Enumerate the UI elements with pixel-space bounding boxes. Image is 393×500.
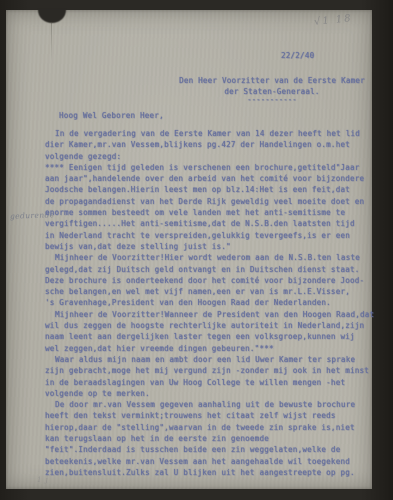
- body-line: Deze brochure is onderteekend door het c…: [45, 275, 367, 286]
- body-line: **** Eenigen tijd geleden is verschenen …: [45, 162, 367, 173]
- body-line: Mijnheer de Voorzitter!Hier wordt wedero…: [45, 252, 367, 263]
- body-line: Waar aldus mijn naam en ambt door een li…: [45, 354, 367, 365]
- body-line: kan terugslaan op het in de eerste zin g…: [45, 433, 367, 444]
- letter-body: In de vergadering van de Eerste Kamer va…: [45, 128, 367, 478]
- body-line: 's Gravenhage,President van den Hoogen R…: [45, 297, 367, 308]
- body-line: volgende op te merken.: [45, 388, 367, 399]
- body-line: de propagandadienst van het Derde Rijk g…: [45, 196, 367, 207]
- body-line: aan jaar",handelende over den arbeid van…: [45, 173, 367, 184]
- body-line: volgende gezegd:: [45, 151, 367, 162]
- pencil-mark-bottom-left: 1 j: [37, 476, 49, 484]
- scan-background: √1 18 22/2/40 Den Heer Voorzitter van de…: [0, 0, 393, 500]
- body-line: sche belangen,en wel met vijf namen,een …: [45, 286, 367, 297]
- body-line: vergiftigen.....Het anti-semitisme,dat d…: [45, 218, 367, 229]
- body-line: zien,buitensluit.Zulks zal U blijken uit…: [45, 467, 367, 478]
- punch-hole-notch: [38, 9, 66, 23]
- body-line: in de beraadslagingen van Uw Hoog Colleg…: [45, 377, 367, 388]
- salutation: Hoog Wel Geboren Heer,: [59, 111, 164, 120]
- recipient-underline: -----------: [176, 97, 368, 102]
- body-line: wel zeggen,dat hier vreemde dingen gebeu…: [45, 343, 367, 354]
- body-line: "feit".Inderdaad is tusschen beide een z…: [45, 444, 367, 455]
- body-line: beteekenis,welke mr.van Vessem aan het a…: [45, 456, 367, 467]
- letter-date: 22/2/40: [281, 51, 314, 60]
- body-line: enorme sommen besteedt om vele landen me…: [45, 207, 367, 218]
- body-line: heeft den tekst verminkt;trouwens het ci…: [45, 410, 367, 421]
- paper-crease: [51, 23, 52, 61]
- pencil-mark-top-right: √1 18: [314, 13, 354, 28]
- body-line: zijn gebracht,moge het mij vergund zijn …: [45, 365, 367, 376]
- body-line: hierop,daar de "stelling",waarvan in de …: [45, 422, 367, 433]
- recipient-block: Den Heer Voorzitter van de Eerste Kamer …: [176, 75, 368, 102]
- body-line: gelegd,dat zij Duitsch geld ontvangt en …: [45, 264, 367, 275]
- body-line: Joodsche belangen.Hierin leest men op bl…: [45, 184, 367, 195]
- body-line: De door mr.van Vessem gegeven aanhaling …: [45, 399, 367, 410]
- body-line: Mijnheer de Voorzitter!Wanneer de Presid…: [45, 309, 367, 320]
- body-line: in Nederland tracht te verspreiden,geluk…: [45, 230, 367, 241]
- recipient-line-1: Den Heer Voorzitter van de Eerste Kamer: [176, 75, 368, 86]
- letter-page: √1 18 22/2/40 Den Heer Voorzitter van de…: [6, 10, 372, 489]
- body-line: naam leent aan dergelijken laster tegen …: [45, 331, 367, 342]
- body-line: bewijs van,dat deze stelling juist is.": [45, 241, 367, 252]
- body-line: wil dus zeggen de hoogste rechterlijke a…: [45, 320, 367, 331]
- body-line: dier Kamer,mr.van Vessem,blijkens pg.427…: [45, 139, 367, 150]
- body-line: In de vergadering van de Eerste Kamer va…: [45, 128, 367, 139]
